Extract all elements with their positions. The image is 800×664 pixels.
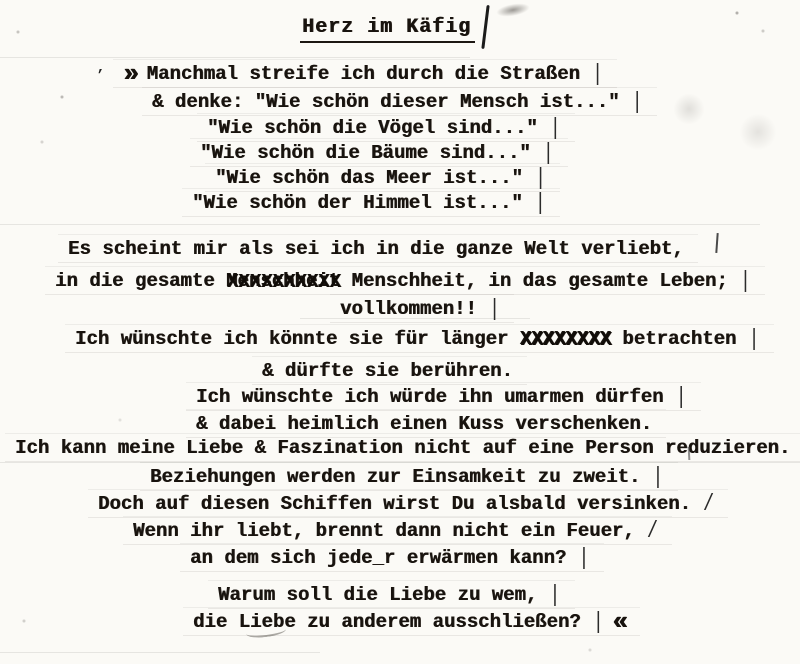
pen-tick-mark: |	[578, 544, 589, 573]
poem-line-text: an dem sich jede_r erwärmen kann?	[190, 547, 566, 569]
pen-tick-artifact	[715, 233, 718, 253]
closing-guillemet-mark: «	[612, 607, 626, 637]
poem-line: Beziehungen werden zur Einsamkeit zu zwe…	[150, 465, 664, 489]
photocopy-streak	[0, 462, 800, 463]
poem-line: Ich wünschte ich könnte sie für länger X…	[75, 327, 760, 351]
pen-tick-mark: |	[748, 325, 759, 354]
poem-line-text: in die gesamte	[55, 270, 226, 292]
poem-line-text: betrachten	[611, 328, 736, 350]
pen-tick-mark: /	[647, 517, 658, 546]
overstrike-x-overlay: XXXXXXXXXX	[227, 270, 341, 294]
pen-tick-mark: |	[631, 88, 642, 117]
pen-tick-mark: |	[592, 60, 603, 89]
poem-line-text: Manchmal streife ich durch die Straßen	[147, 63, 580, 85]
poem-line-text: die Liebe zu anderem ausschließen?	[193, 611, 581, 633]
poem-line: & dürfte sie berühren.	[262, 359, 513, 383]
poem-line-text: Ich wünschte ich könnte sie für länger	[75, 328, 520, 350]
photocopy-streak	[0, 57, 470, 58]
poem-line-text: Ich wünschte ich würde ihn umarmen dürfe…	[196, 386, 663, 408]
poem-line-text: Beziehungen werden zur Einsamkeit zu zwe…	[150, 466, 640, 488]
overstruck-word: XXXXXXXXXXXXXXXX	[520, 327, 611, 351]
poem-line: Wenn ihr liebt, brennt dann nicht ein Fe…	[133, 519, 658, 543]
poem-line: an dem sich jede_r erwärmen kann?|	[190, 546, 590, 570]
poem-line: "Wie schön der Himmel ist..."|	[192, 191, 546, 215]
poem-line-text: "Wie schön die Bäume sind..."	[200, 142, 531, 164]
pen-tick-mark: |	[535, 189, 546, 218]
pen-tick-mark: /	[703, 490, 714, 519]
smudge-artifact	[672, 92, 706, 126]
poem-line: in die gesamte MenschheitXXXXXXXXXX Mens…	[55, 269, 751, 293]
smudge-artifact	[495, 1, 531, 19]
poem-line: Ich wünschte ich würde ihn umarmen dürfe…	[196, 385, 687, 409]
poem-line: "Wie schön die Bäume sind..."|	[200, 141, 554, 165]
poem-line-text: Menschheit, in das gesamte Leben;	[340, 270, 728, 292]
poem-line: & denke: "Wie schön dieser Mensch ist...…	[152, 90, 643, 114]
poem-line: "Wie schön die Vögel sind..."|	[207, 116, 561, 140]
photocopy-streak	[0, 224, 760, 225]
poem-line-text: & dabei heimlich einen Kuss verschenken.	[196, 413, 652, 435]
overstrike-x-overlay: XXXXXXXX	[521, 328, 612, 352]
poem-title: Herz im Käfig	[300, 16, 475, 43]
opening-guillemet-mark: »	[123, 59, 137, 89]
pen-tick-mark: |	[489, 295, 500, 324]
poem-line: die Liebe zu anderem ausschließen?|«	[193, 610, 626, 634]
poem-line-text: vollkommen!!	[340, 298, 477, 320]
pen-stroke-artifact	[481, 5, 489, 49]
poem-line: & dabei heimlich einen Kuss verschenken.	[196, 412, 652, 436]
poem-line-text: "Wie schön das Meer ist..."	[215, 167, 523, 189]
poem-line-text: Warum soll die Liebe zu wem,	[218, 584, 537, 606]
smudge-artifact	[738, 112, 778, 152]
poem-line-text: Es scheint mir als sei ich in die ganze …	[68, 238, 684, 260]
overstruck-word: MenschheitXXXXXXXXXX	[226, 269, 340, 293]
photocopy-streak	[0, 652, 320, 653]
pen-tick-mark: |	[549, 581, 560, 610]
poem-line: Ich kann meine Liebe & Faszination nicht…	[15, 436, 790, 460]
poem-line: vollkommen!!|	[340, 297, 500, 321]
poem-line: Warum soll die Liebe zu wem,|	[218, 583, 561, 607]
poem-line-text: & denke: "Wie schön dieser Mensch ist...…	[152, 91, 619, 113]
pen-tick-mark: |	[740, 267, 751, 296]
poem-line-text: Ich kann meine Liebe & Faszination nicht…	[15, 437, 790, 459]
poem-line: "Wie schön das Meer ist..."|	[215, 166, 546, 190]
poem-line: »Manchmal streife ich durch die Straßen|	[123, 62, 603, 86]
poem-line-text: "Wie schön der Himmel ist..."	[192, 192, 523, 214]
pen-tick-mark: |	[652, 463, 663, 492]
poem-line: Es scheint mir als sei ich in die ganze …	[68, 237, 684, 261]
poem-line-text: & dürfte sie berühren.	[262, 360, 513, 382]
pen-tick-mark: |	[675, 383, 686, 412]
poem-line: Doch auf diesen Schiffen wirst Du alsbal…	[98, 492, 714, 516]
poem-line-text: Doch auf diesen Schiffen wirst Du alsbal…	[98, 493, 691, 515]
poem-line-text: Wenn ihr liebt, brennt dann nicht ein Fe…	[133, 520, 635, 542]
poem-line-text: "Wie schön die Vögel sind..."	[207, 117, 538, 139]
stray-mark-artifact: ’	[96, 68, 104, 84]
scanned-poem-page: Herz im Käfig »Manchmal streife ich durc…	[0, 0, 800, 664]
pen-tick-mark: |	[593, 608, 604, 637]
